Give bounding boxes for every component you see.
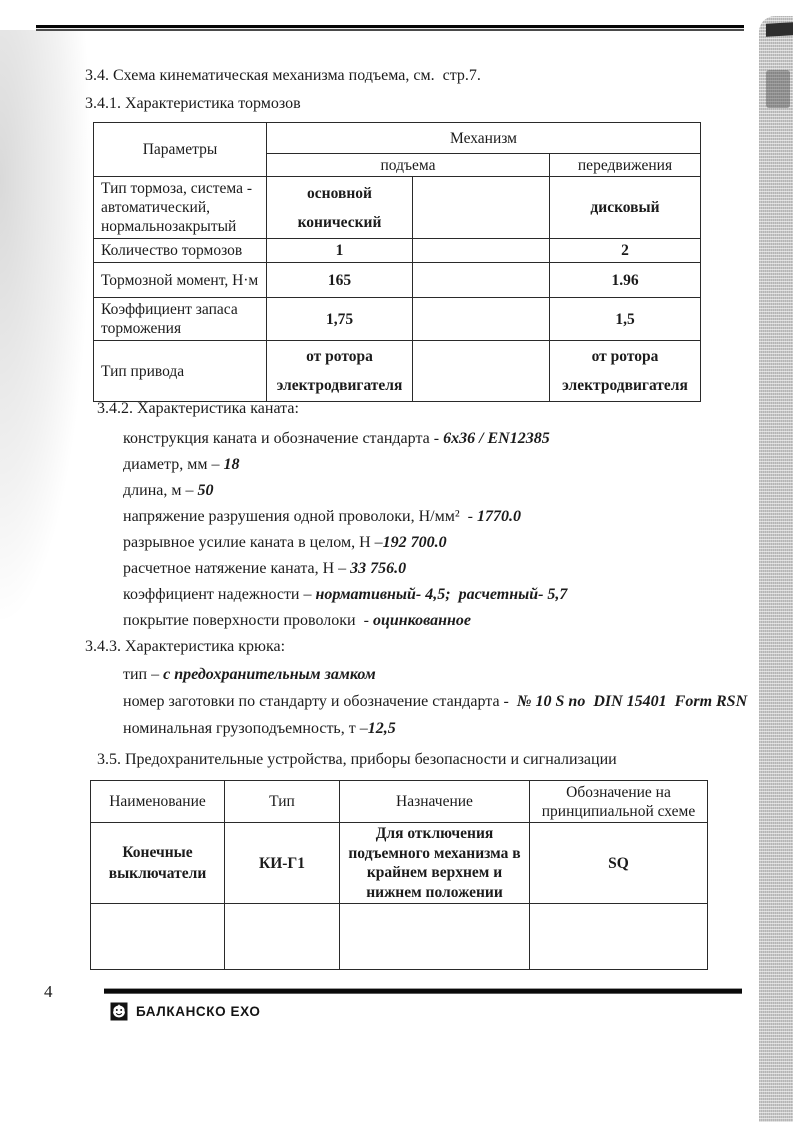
brakes-header-hoist: подъема <box>267 154 550 177</box>
spec-value: 50 <box>197 482 213 499</box>
list-item: номер заготовки по стандарту и обозначен… <box>123 688 747 715</box>
spec-value: 6x36 / EN12385 <box>443 430 550 447</box>
table-row: Коэффициент запаса торможения 1,75 1,5 <box>94 298 701 341</box>
table-row: Наименование Тип Назначение Обозначение … <box>91 781 708 823</box>
spec-label: диаметр, мм – <box>123 456 223 473</box>
safety-header-symbol: Обозначение на принципиальной схеме <box>530 781 708 823</box>
device-type-cell: КИ-Г1 <box>225 823 340 904</box>
spec-label: покрытие поверхности проволоки - <box>123 612 373 629</box>
list-item: длина, м – 50 <box>123 478 567 504</box>
scanned-page: 3.4. Схема кинематическая механизма подъ… <box>0 0 793 1122</box>
param-cell: Тип привода <box>94 341 267 402</box>
empty-cell <box>413 177 550 239</box>
empty-cell <box>530 904 708 970</box>
spec-value: с предохранительным замком <box>163 666 376 683</box>
device-symbol-cell: SQ <box>530 823 708 904</box>
table-row: Конечные выключатели КИ-Г1 Для отключени… <box>91 823 708 904</box>
value-cell: 1,5 <box>550 298 701 341</box>
empty-cell <box>413 263 550 298</box>
scan-corner-mark <box>766 22 793 36</box>
scan-noise-left <box>0 30 90 630</box>
section-heading-3-4-3: 3.4.3. Характеристика крюка: <box>85 638 285 656</box>
scan-smudge <box>766 70 790 108</box>
value-cell: 1,75 <box>267 298 413 341</box>
device-purpose-cell: Для отключения подъемного механизма в кр… <box>340 823 530 904</box>
spec-label: тип – <box>123 666 163 683</box>
brakes-header-travel: передвижения <box>550 154 701 177</box>
brand-name: БАЛКАНСКО ЕХО <box>136 1004 261 1019</box>
section-heading-3-4-2: 3.4.2. Характеристика каната: <box>97 400 299 418</box>
brakes-header-params: Параметры <box>94 123 267 177</box>
footer-divider-rule <box>104 988 742 994</box>
list-item: напряжение разрушения одной проволоки, Н… <box>123 504 567 530</box>
param-cell: Тормозной момент, Н·м <box>94 263 267 298</box>
param-cell: Тип тормоза, система - автоматический, н… <box>94 177 267 239</box>
empty-cell <box>91 904 225 970</box>
spec-value: № 10 S по DIN 15401 Form RSN <box>517 693 747 710</box>
empty-cell <box>340 904 530 970</box>
list-item: расчетное натяжение каната, Н – 33 756.0 <box>123 556 567 582</box>
spec-value: 192 700.0 <box>383 534 447 551</box>
brakes-header-mechanism: Механизм <box>267 123 701 154</box>
list-item: конструкция каната и обозначение стандар… <box>123 426 567 452</box>
section-heading-3-5: 3.5. Предохранительные устройства, прибо… <box>97 751 617 769</box>
top-divider-rule <box>36 25 744 31</box>
spec-label: номинальная грузоподъемность, т – <box>123 720 368 737</box>
page-number: 4 <box>44 982 53 1002</box>
safety-table: Наименование Тип Назначение Обозначение … <box>90 780 708 970</box>
spec-label: номер заготовки по стандарту и обозначен… <box>123 693 517 710</box>
spec-label: конструкция каната и обозначение стандар… <box>123 430 443 447</box>
param-cell: Количество тормозов <box>94 239 267 263</box>
spec-value: 33 756.0 <box>350 560 406 577</box>
section-heading-3-4-1: 3.4.1. Характеристика тормозов <box>85 95 301 113</box>
list-item: диаметр, мм – 18 <box>123 452 567 478</box>
spec-value: нормативный- 4,5; расчетный- 5,7 <box>316 586 568 603</box>
safety-header-name: Наименование <box>91 781 225 823</box>
value-cell: 1 <box>267 239 413 263</box>
empty-cell <box>225 904 340 970</box>
spec-label: разрывное усилие каната в целом, Н – <box>123 534 383 551</box>
empty-cell <box>413 239 550 263</box>
spec-label: коэффициент надежности – <box>123 586 316 603</box>
value-cell: от ротора электродвигателя <box>550 341 701 402</box>
value-cell: 1.96 <box>550 263 701 298</box>
spec-value: 12,5 <box>368 720 396 737</box>
brakes-table: Параметры Механизм подъема передвижения … <box>93 122 701 402</box>
value-cell: 2 <box>550 239 701 263</box>
list-item: коэффициент надежности – нормативный- 4,… <box>123 582 567 608</box>
value-cell: основной конический <box>267 177 413 239</box>
spec-value: 18 <box>223 456 239 473</box>
value-cell: дисковый <box>550 177 701 239</box>
device-name-cell: Конечные выключатели <box>91 823 225 904</box>
list-item: номинальная грузоподъемность, т –12,5 <box>123 715 747 742</box>
safety-header-purpose: Назначение <box>340 781 530 823</box>
list-item: покрытие поверхности проволоки - оцинков… <box>123 608 567 634</box>
value-cell: 165 <box>267 263 413 298</box>
spec-value: оцинкованное <box>373 612 471 629</box>
section-heading-3-4: 3.4. Схема кинематическая механизма подъ… <box>85 67 481 85</box>
table-row: Количество тормозов 1 2 <box>94 239 701 263</box>
empty-cell <box>413 298 550 341</box>
list-item: тип – с предохранительным замком <box>123 661 747 688</box>
empty-cell <box>413 341 550 402</box>
table-row: Тип тормоза, система - автоматический, н… <box>94 177 701 239</box>
table-row: Параметры Механизм <box>94 123 701 154</box>
safety-header-type: Тип <box>225 781 340 823</box>
spec-label: напряжение разрушения одной проволоки, Н… <box>123 508 477 525</box>
spec-value: 1770.0 <box>477 508 521 525</box>
list-item: разрывное усилие каната в целом, Н –192 … <box>123 530 567 556</box>
rope-spec-list: конструкция каната и обозначение стандар… <box>123 426 567 634</box>
hook-spec-list: тип – с предохранительным замком номер з… <box>123 661 747 742</box>
spec-label: расчетное натяжение каната, Н – <box>123 560 350 577</box>
footer-brand: БАЛКАНСКО ЕХО <box>110 1002 261 1021</box>
table-row <box>91 904 708 970</box>
value-cell: от ротора электродвигателя <box>267 341 413 402</box>
table-row: Тип привода от ротора электродвигателя о… <box>94 341 701 402</box>
scan-band-right <box>759 16 793 1122</box>
logo-lion-icon <box>110 1002 128 1021</box>
spec-label: длина, м – <box>123 482 197 499</box>
table-row: Тормозной момент, Н·м 165 1.96 <box>94 263 701 298</box>
param-cell: Коэффициент запаса торможения <box>94 298 267 341</box>
